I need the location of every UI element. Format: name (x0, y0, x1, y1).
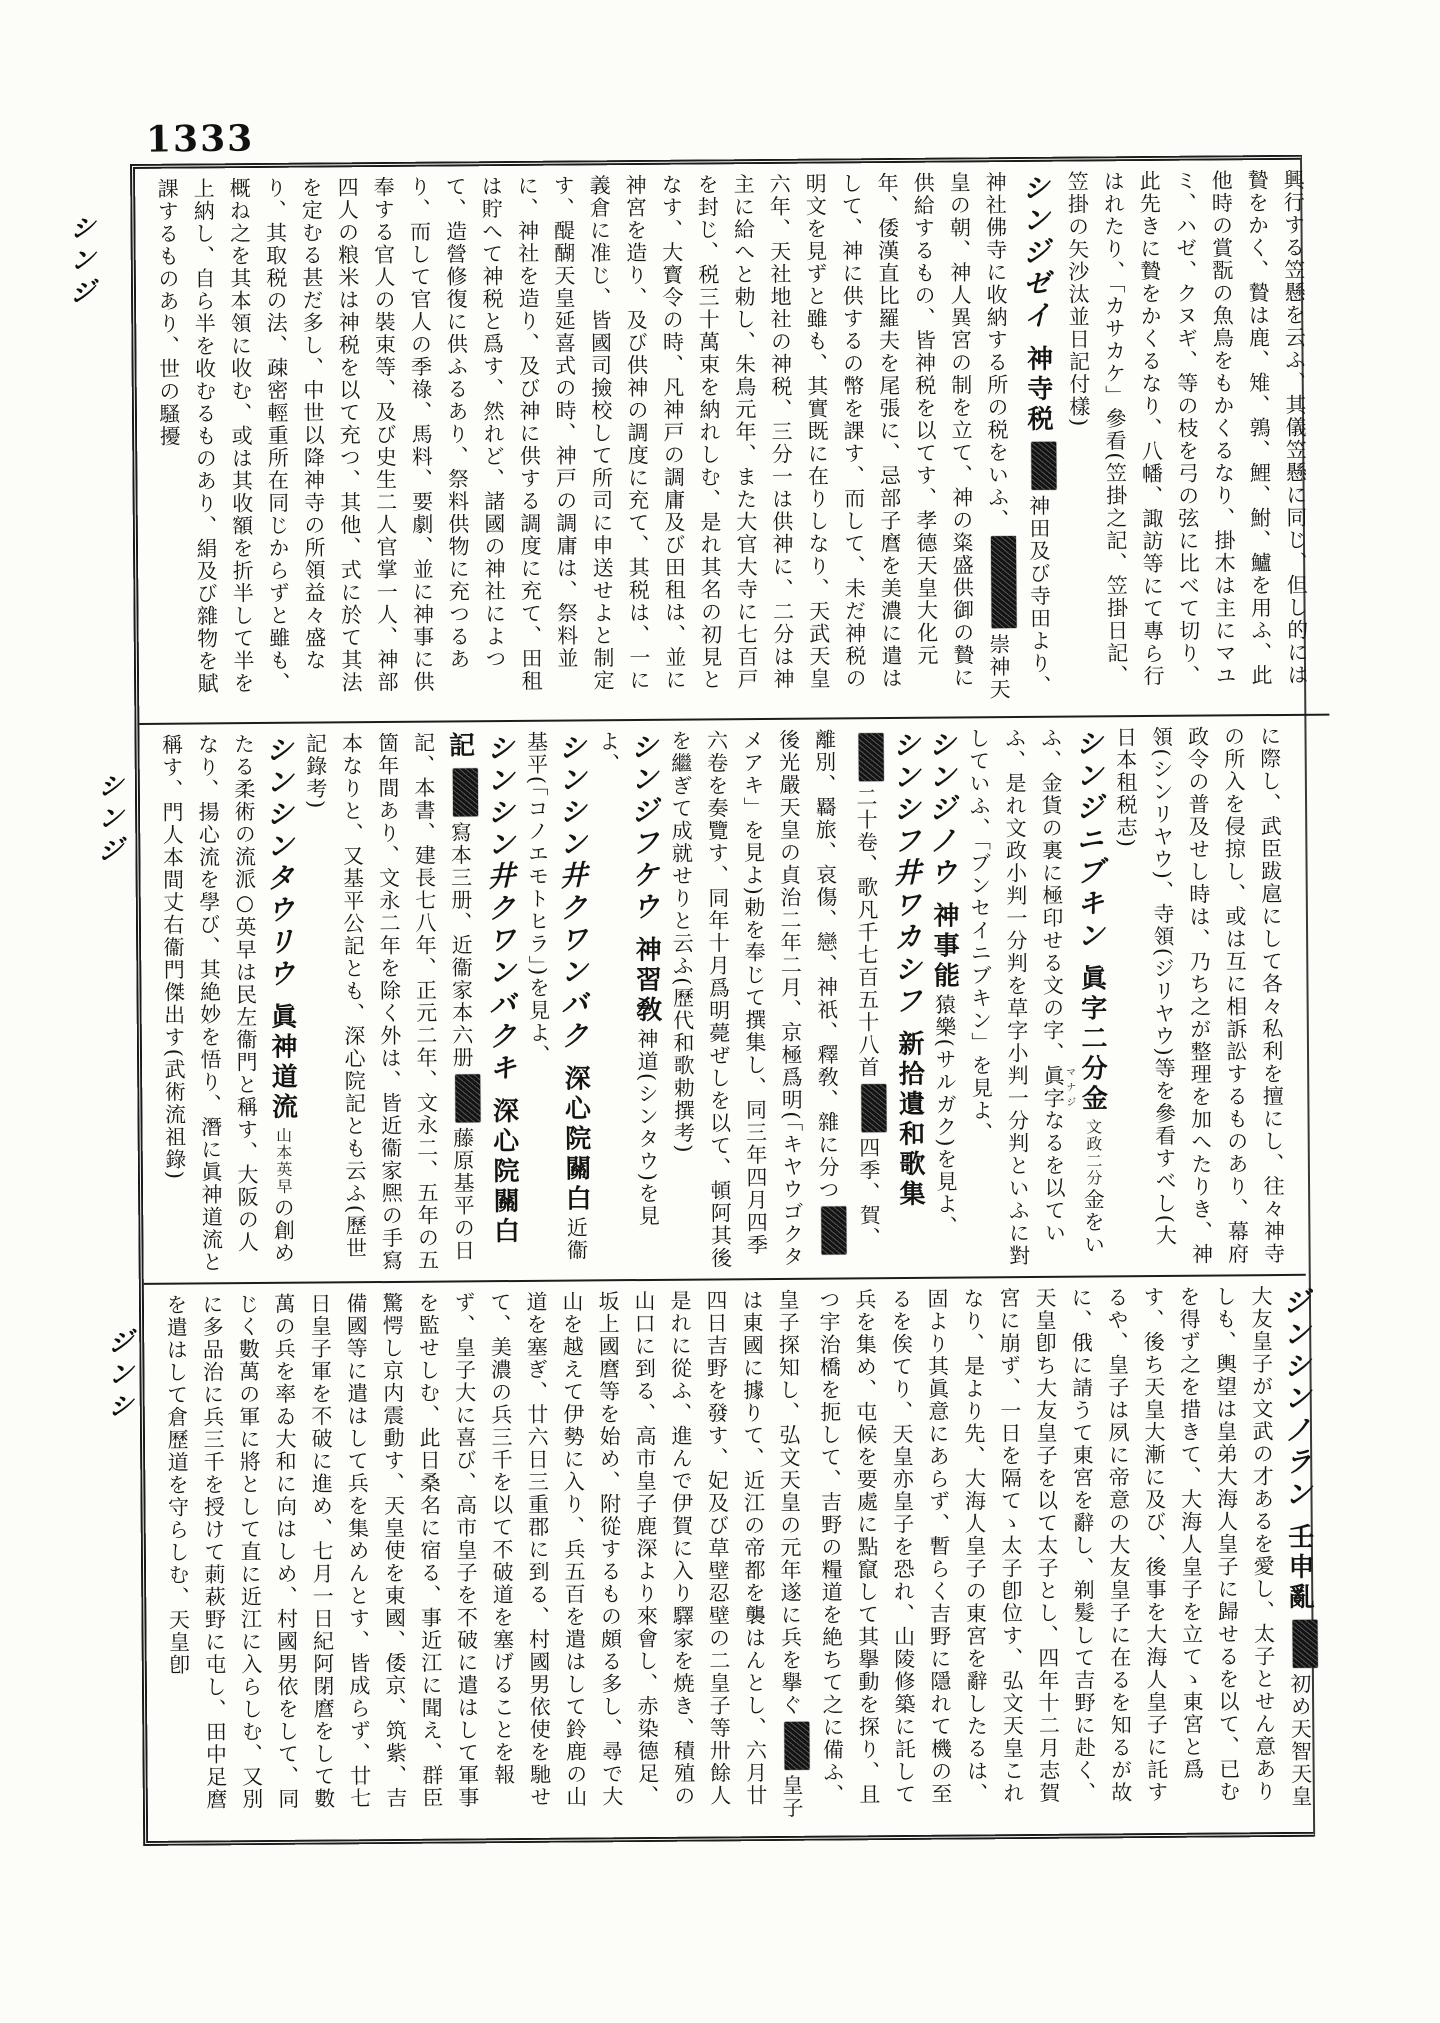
category-label-box (861, 1084, 886, 1132)
entry-gloss: 神事能 (929, 900, 960, 994)
entry-headword: シンジフケウ (628, 730, 663, 934)
middle-band: に際し、武臣跋扈にして各々私利を擅にし、往々神寺の所入を侵掠し、或は互に相訴訟す… (139, 716, 1305, 1285)
body-text: 崇神天皇の朝、神人異宮の制を立て、神の粢盛供御の贄に供給するもの、皆神税を以てす… (155, 171, 1011, 700)
entry-gloss: 神習敎 (631, 934, 662, 1028)
body-text: 二十卷、歌凡千七百五十八首 (854, 786, 880, 1079)
entry-headword: シンシン井クワンバク (556, 730, 592, 1062)
entry-gloss: 眞神道流 (267, 1001, 298, 1125)
category-label-box (455, 1074, 480, 1122)
body-text: に際し、武臣跋扈にして各々私利を擅にし、往々神寺の所入を侵掠し、或は互に相訴訟す… (1113, 725, 1285, 1266)
gloss-annotation: 文政二分 (1084, 1116, 1104, 1188)
category-label-box (991, 536, 1017, 628)
entry-headword: シンシンタウリウ (263, 733, 298, 1001)
body-text: 初め天智天皇大友皇子が文武の才あるを愛し、太子とせん意ありしも、輿望は皇弟大海人… (776, 1285, 1313, 1808)
entry-headword: シンシフ井ワカシフ (890, 728, 925, 1028)
gloss-annotation: 山本英早 (274, 1125, 294, 1197)
entry-headword: シンシン井クワンバクキ (484, 731, 520, 1095)
page-number: 1333 (146, 117, 255, 160)
text-frame: 興行する笠懸を云ふ、其儀笠懸に同じ、但し的には贄をかく、贄は鹿、雉、鶉、鯉、鮒、… (130, 155, 1315, 1846)
body-text: 寫本三册、近衞家本六册 (448, 821, 474, 1069)
body-text: 猿樂(サルガク)を見よ、 (933, 994, 959, 1239)
entry-headword: ジンシンノラン (1281, 1285, 1316, 1521)
category-label-box (1292, 1620, 1317, 1668)
bottom-band: ジンシンノラン壬申亂初め天智天皇大友皇子が文武の才あるを愛し、太子とせん意ありし… (144, 1276, 1338, 1837)
top-band: 興行する笠懸を云ふ、其儀笠懸に同じ、但し的には贄をかく、贄は鹿、雉、鶉、鯉、鮒、… (135, 160, 1329, 725)
entry-headword: シンジゼイ (1020, 171, 1054, 343)
entry-gloss: 眞字二分金 (1076, 962, 1107, 1116)
category-label-box (453, 768, 478, 816)
entry-gloss: 壬申亂 (1284, 1521, 1315, 1615)
entry-headword: シンジニブキン (1073, 726, 1108, 962)
category-label-box (1031, 442, 1056, 490)
body-text: 皇子は東國に據りて、近江の帝都を襲はんとし、六月廿四日吉野を發す、妃及び草壁忍壁… (164, 1289, 804, 1819)
entry-gloss: 新拾遺和歌集 (894, 1028, 925, 1212)
margin-guide-word-bottom: ジンシ (102, 1328, 139, 1424)
ruby-annotated-text: 眞字マナジ (1041, 1064, 1065, 1109)
category-label-box (784, 1721, 809, 1769)
margin-guide-word-middle: シンジ (92, 772, 129, 868)
margin-guide-word-top: シンジ (64, 214, 101, 310)
entry-gloss: 深心院關白 (560, 1062, 591, 1216)
entry-headword: シンジノウ (926, 728, 960, 900)
entry-gloss: 神寺税 (1022, 343, 1053, 437)
category-label-box (858, 733, 883, 781)
body-text: 後光嚴天皇の貞治二年二月、京極爲明(「キヤウゴクタメアキ」を見よ)勅を奉じて撰集… (668, 729, 804, 1270)
category-label-box (821, 1206, 846, 1254)
body-text: 興行する笠懸を云ふ、其儀笠懸に同じ、但し的には贄をかく、贄は鹿、雉、鶉、鯉、鮒、… (1065, 169, 1309, 688)
